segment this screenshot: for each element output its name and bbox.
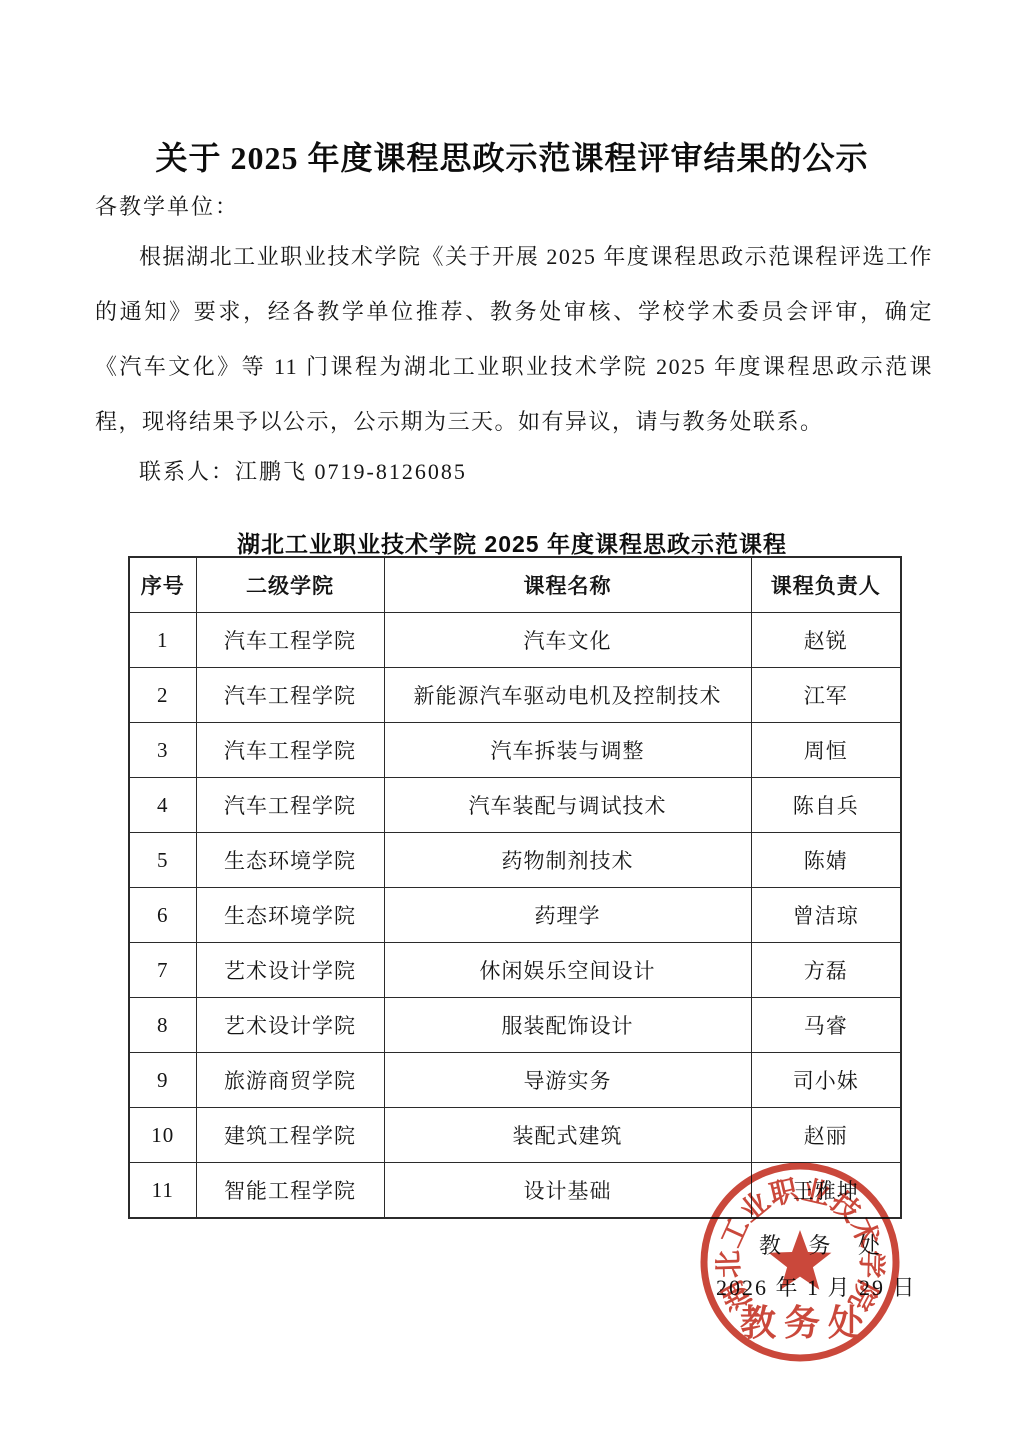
- cell-no: 5: [129, 833, 196, 888]
- table-row: 5生态环境学院药物制剂技术陈婧: [129, 833, 901, 888]
- cell-no: 6: [129, 888, 196, 943]
- cell-course: 药物制剂技术: [384, 833, 751, 888]
- header-cell: 课程名称: [384, 557, 751, 613]
- cell-course: 药理学: [384, 888, 751, 943]
- cell-course: 装配式建筑: [384, 1108, 751, 1163]
- table-row: 7艺术设计学院休闲娱乐空间设计方磊: [129, 943, 901, 998]
- table-row: 2汽车工程学院新能源汽车驱动电机及控制技术江军: [129, 668, 901, 723]
- cell-course: 汽车装配与调试技术: [384, 778, 751, 833]
- table-title: 湖北工业职业技术学院 2025 年度课程思政示范课程: [0, 526, 1024, 559]
- cell-no: 9: [129, 1053, 196, 1108]
- cell-course: 导游实务: [384, 1053, 751, 1108]
- cell-leader: 方磊: [751, 943, 901, 998]
- cell-college: 汽车工程学院: [196, 778, 384, 833]
- cell-college: 建筑工程学院: [196, 1108, 384, 1163]
- table-row: 8艺术设计学院服装配饰设计马睿: [129, 998, 901, 1053]
- cell-college: 汽车工程学院: [196, 723, 384, 778]
- stamp-ring-char: 职: [767, 1174, 803, 1212]
- cell-leader: 赵丽: [751, 1108, 901, 1163]
- cell-leader: 司小妹: [751, 1053, 901, 1108]
- table-row: 1汽车工程学院汽车文化赵锐: [129, 613, 901, 668]
- header-cell: 序号: [129, 557, 196, 613]
- cell-no: 11: [129, 1163, 196, 1219]
- cell-college: 生态环境学院: [196, 888, 384, 943]
- stamp-ring-char: 北: [714, 1250, 746, 1279]
- document-page: 关于 2025 年度课程思政示范课程评审结果的公示 各教学单位： 根据湖北工业职…: [0, 0, 1024, 1448]
- cell-leader: 陈自兵: [751, 778, 901, 833]
- table-header: 序号二级学院课程名称课程负责人: [129, 557, 901, 613]
- cell-college: 艺术设计学院: [196, 998, 384, 1053]
- header-cell: 课程负责人: [751, 557, 901, 613]
- cell-college: 旅游商贸学院: [196, 1053, 384, 1108]
- cell-college: 生态环境学院: [196, 833, 384, 888]
- cell-college: 汽车工程学院: [196, 613, 384, 668]
- table-row: 4汽车工程学院汽车装配与调试技术陈自兵: [129, 778, 901, 833]
- cell-course: 设计基础: [384, 1163, 751, 1219]
- cell-course: 汽车文化: [384, 613, 751, 668]
- cell-college: 艺术设计学院: [196, 943, 384, 998]
- table-row: 3汽车工程学院汽车拆装与调整周恒: [129, 723, 901, 778]
- cell-course: 休闲娱乐空间设计: [384, 943, 751, 998]
- cell-college: 汽车工程学院: [196, 668, 384, 723]
- stamp-center-text: 教务处: [740, 1303, 872, 1343]
- official-seal-stamp-icon: 湖北工业职业技术学院 教务处: [697, 1159, 903, 1365]
- cell-leader: 周恒: [751, 723, 901, 778]
- cell-course: 新能源汽车驱动电机及控制技术: [384, 668, 751, 723]
- stamp-ring-char: 学: [855, 1250, 888, 1279]
- cell-course: 服装配饰设计: [384, 998, 751, 1053]
- header-cell: 二级学院: [196, 557, 384, 613]
- cell-leader: 马睿: [751, 998, 901, 1053]
- star-icon: [769, 1230, 832, 1290]
- cell-course: 汽车拆装与调整: [384, 723, 751, 778]
- table-header-row: 序号二级学院课程名称课程负责人: [129, 557, 901, 613]
- cell-no: 3: [129, 723, 196, 778]
- table-row: 9旅游商贸学院导游实务司小妹: [129, 1053, 901, 1108]
- courses-table: 序号二级学院课程名称课程负责人 1汽车工程学院汽车文化赵锐2汽车工程学院新能源汽…: [128, 556, 902, 1219]
- table-row: 6生态环境学院药理学曾洁琼: [129, 888, 901, 943]
- cell-no: 7: [129, 943, 196, 998]
- contact-line: 联系人：江鹏飞 0719-8126085: [95, 455, 467, 486]
- body-paragraph: 根据湖北工业职业技术学院《关于开展 2025 年度课程思政示范课程评选工作的通知…: [95, 229, 933, 449]
- cell-no: 1: [129, 613, 196, 668]
- page-title: 关于 2025 年度课程思政示范课程评审结果的公示: [0, 133, 1024, 179]
- cell-leader: 陈婧: [751, 833, 901, 888]
- cell-leader: 曾洁琼: [751, 888, 901, 943]
- cell-leader: 赵锐: [751, 613, 901, 668]
- table-body: 1汽车工程学院汽车文化赵锐2汽车工程学院新能源汽车驱动电机及控制技术江军3汽车工…: [129, 613, 901, 1219]
- cell-leader: 江军: [751, 668, 901, 723]
- cell-college: 智能工程学院: [196, 1163, 384, 1219]
- cell-no: 10: [129, 1108, 196, 1163]
- table-row: 10建筑工程学院装配式建筑赵丽: [129, 1108, 901, 1163]
- cell-no: 8: [129, 998, 196, 1053]
- cell-no: 2: [129, 668, 196, 723]
- salutation: 各教学单位：: [95, 190, 239, 221]
- cell-no: 4: [129, 778, 196, 833]
